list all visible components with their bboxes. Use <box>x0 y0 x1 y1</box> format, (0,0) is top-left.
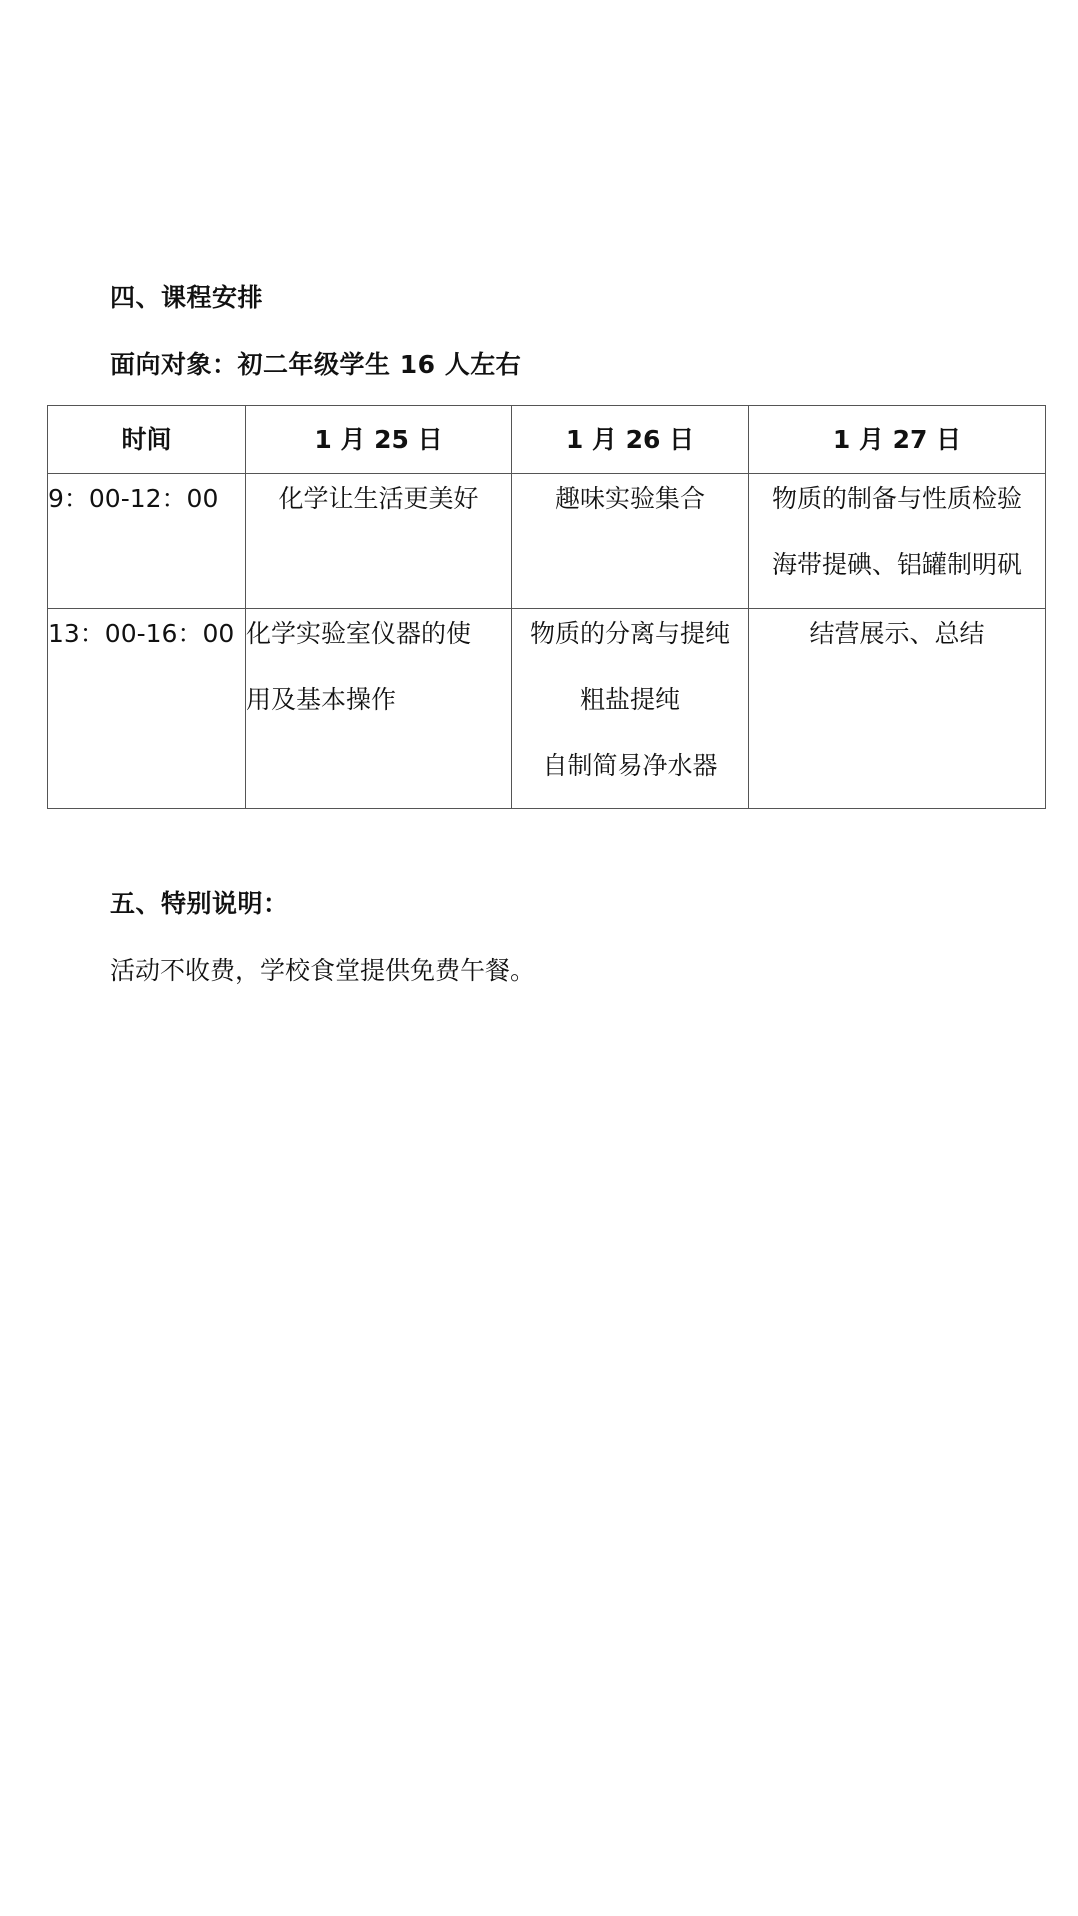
time-slot-text: 13：00-16：00 <box>48 601 245 667</box>
course-text: 物质的分离与提纯 <box>512 601 748 667</box>
target-audience: 面向对象：初二年级学生 16 人左右 <box>110 345 521 381</box>
table-row: 9：00-12：00 化学让生活更美好 趣味实验集合 物质的制备与性质检验 海带… <box>48 474 1046 609</box>
course-text: 物质的制备与性质检验 <box>749 466 1045 532</box>
section-heading-special-notes: 五、特别说明： <box>110 884 289 920</box>
schedule-cell: 物质的分离与提纯 粗盐提纯 自制简易净水器 <box>512 609 749 809</box>
table-header-row: 时间 1 月 25 日 1 月 26 日 1 月 27 日 <box>48 406 1046 474</box>
time-slot-afternoon: 13：00-16：00 <box>48 609 246 809</box>
course-text-continued: 用及基本操作 <box>246 667 511 733</box>
schedule-cell: 化学实验室仪器的使 用及基本操作 <box>246 609 512 809</box>
section-heading-course-schedule: 四、课程安排 <box>110 278 263 314</box>
special-notes-text: 活动不收费，学校食堂提供免费午餐。 <box>110 951 535 987</box>
schedule-cell: 结营展示、总结 <box>749 609 1046 809</box>
course-text: 趣味实验集合 <box>512 466 748 532</box>
course-text: 化学让生活更美好 <box>246 466 511 532</box>
time-slot-morning: 9：00-12：00 <box>48 474 246 609</box>
column-header-jan-25: 1 月 25 日 <box>246 406 512 474</box>
course-text: 结营展示、总结 <box>749 601 1045 667</box>
column-header-jan-27: 1 月 27 日 <box>749 406 1046 474</box>
course-subtext: 海带提碘、铝罐制明矾 <box>749 532 1045 598</box>
schedule-cell: 趣味实验集合 <box>512 474 749 609</box>
column-header-time: 时间 <box>48 406 246 474</box>
time-slot-text: 9：00-12：00 <box>48 466 245 532</box>
schedule-cell: 化学让生活更美好 <box>246 474 512 609</box>
course-schedule-table: 时间 1 月 25 日 1 月 26 日 1 月 27 日 9：00-12：00… <box>47 405 1046 809</box>
course-subtext: 粗盐提纯 <box>512 667 748 733</box>
schedule-cell: 物质的制备与性质检验 海带提碘、铝罐制明矾 <box>749 474 1046 609</box>
column-header-jan-26: 1 月 26 日 <box>512 406 749 474</box>
table-row: 13：00-16：00 化学实验室仪器的使 用及基本操作 物质的分离与提纯 粗盐… <box>48 609 1046 809</box>
course-subtext: 自制简易净水器 <box>512 733 748 799</box>
course-text: 化学实验室仪器的使 <box>246 601 511 667</box>
